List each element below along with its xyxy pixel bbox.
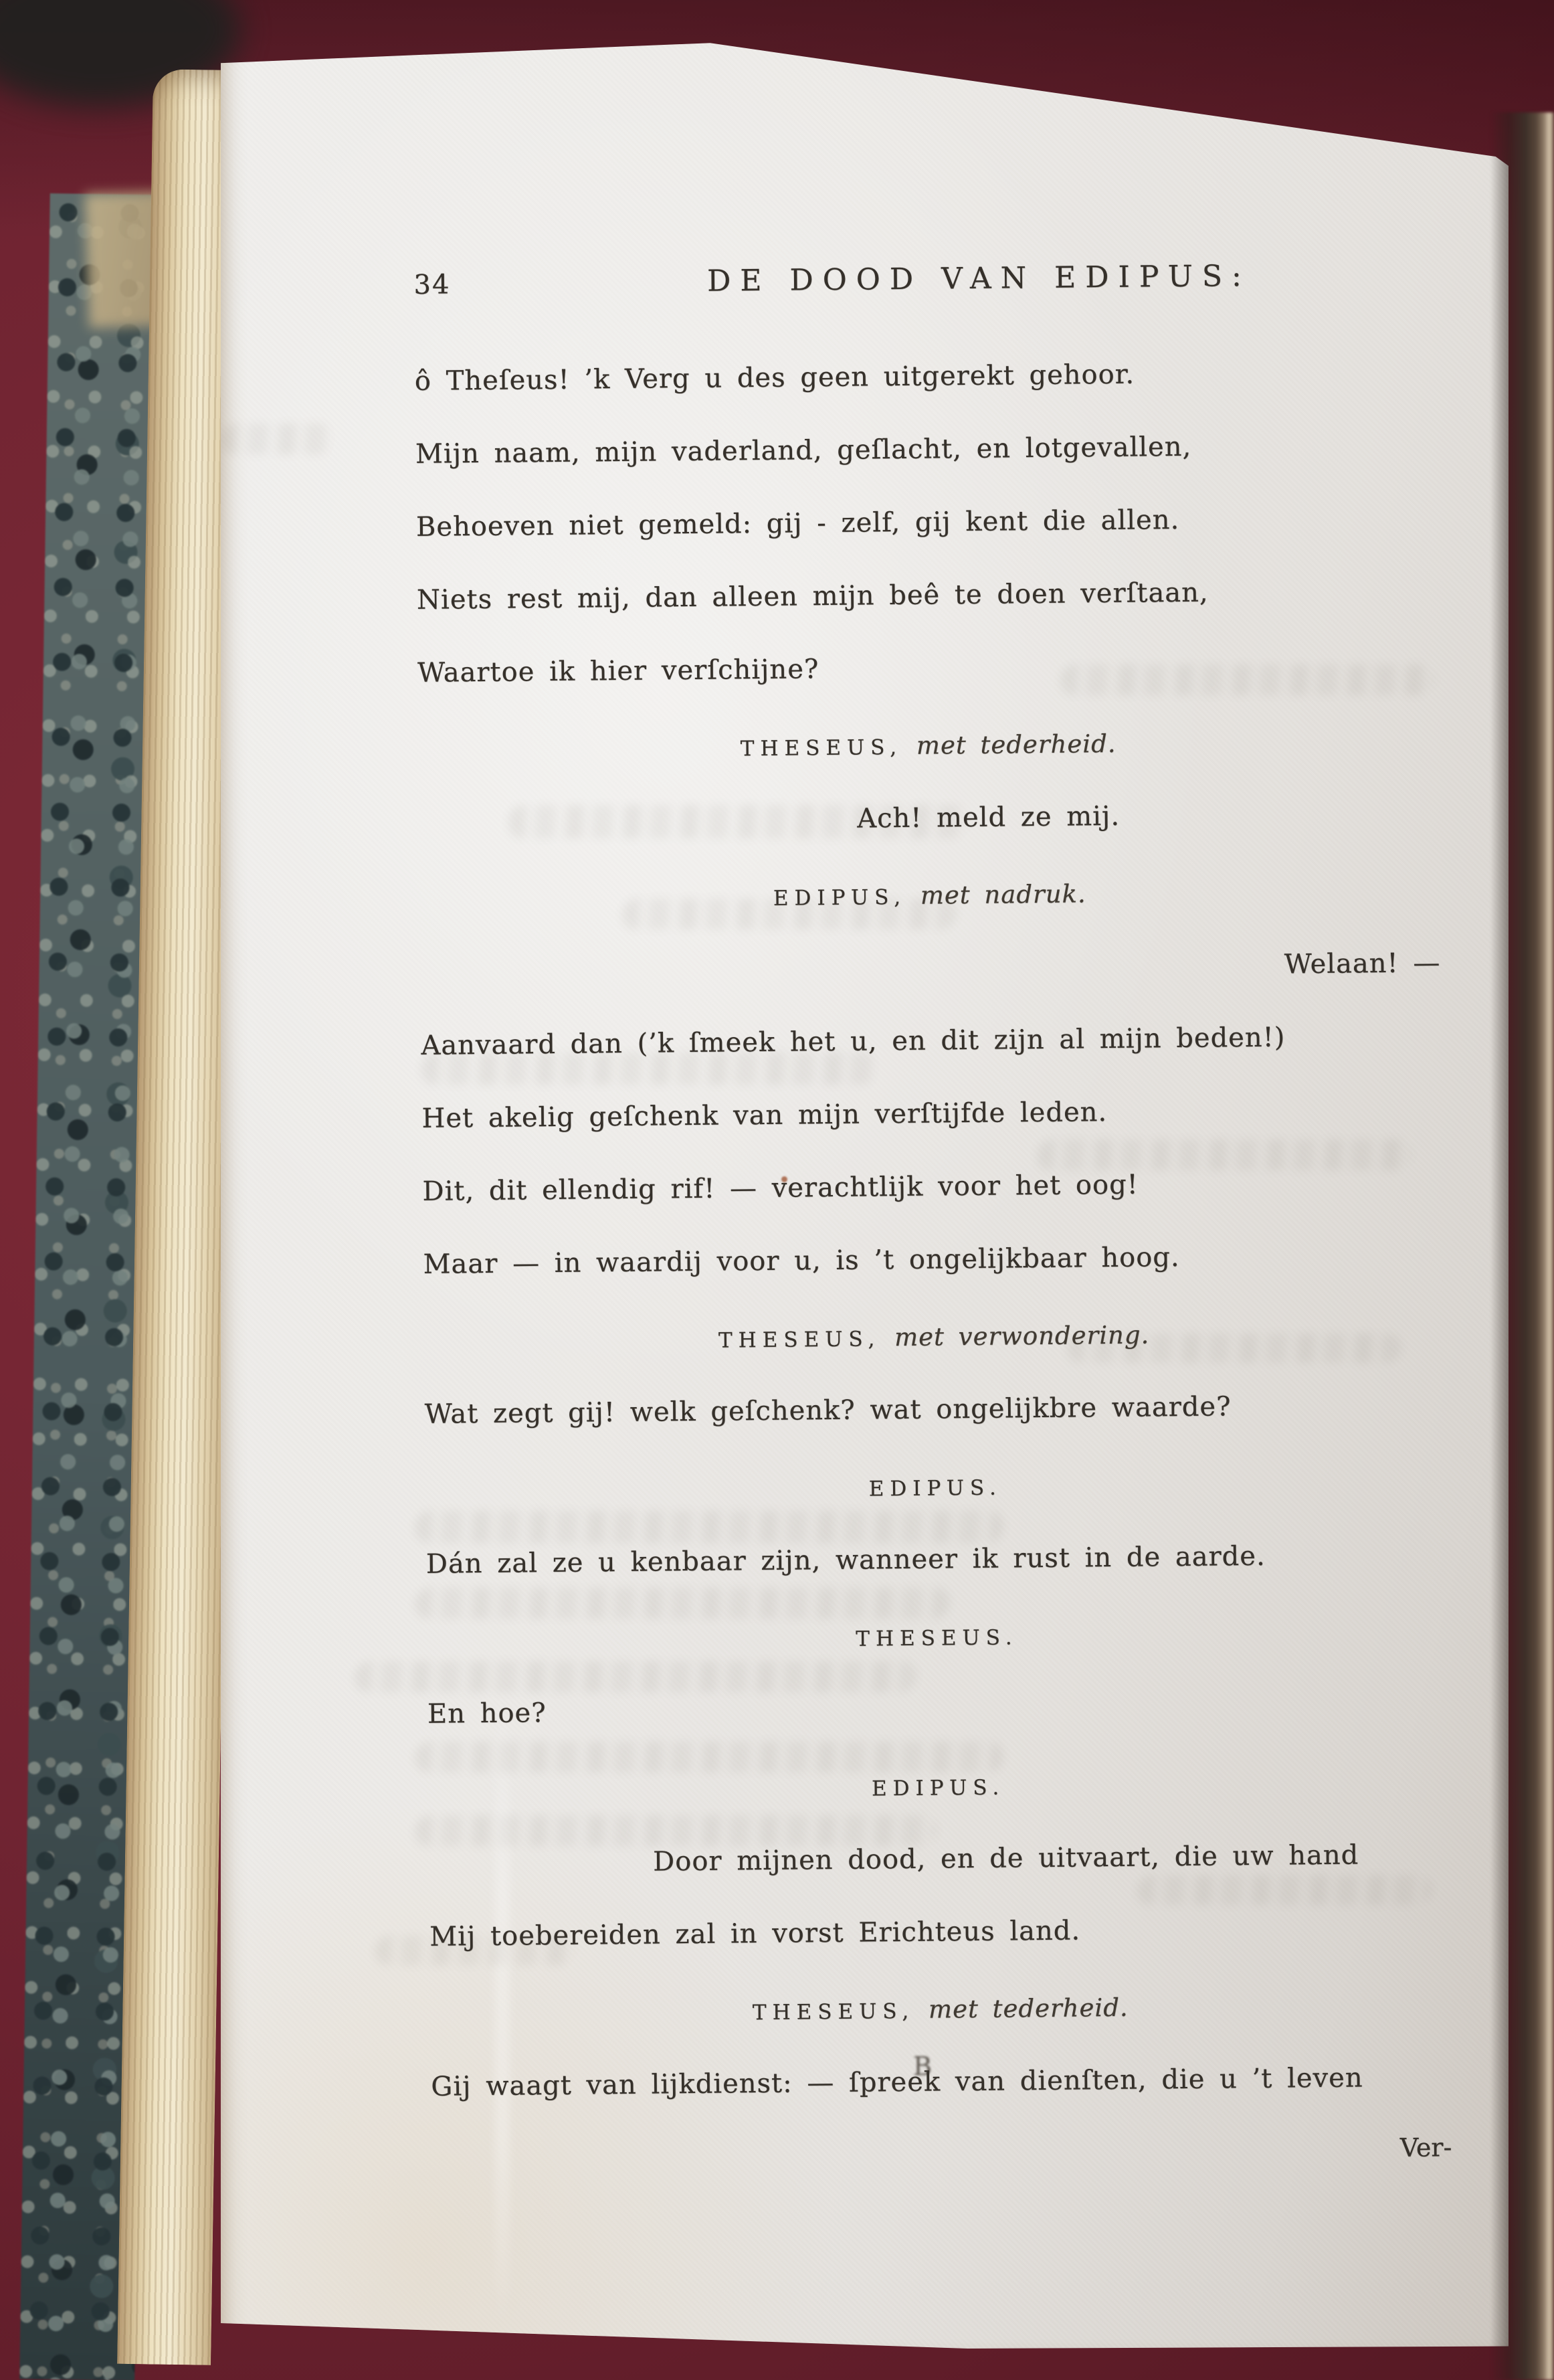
verse-line: Mijn naam, mijn vaderland, geſlacht, en … xyxy=(415,427,1436,510)
verse-line: Niets rest mij, dan alleen mijn beê te d… xyxy=(417,573,1438,656)
stage-direction-line: EDIPUS. xyxy=(425,1460,1446,1547)
stage-direction-line: THESEUS, met tederheid. xyxy=(430,1983,1451,2070)
gutter-shadow xyxy=(1490,112,1554,2380)
character-name: THESEUS. xyxy=(856,1625,1018,1651)
verse-line: Wat zegt gij! welk geſchenk? wat ongelij… xyxy=(424,1387,1445,1470)
verse-line: En hoe? xyxy=(427,1687,1448,1770)
page-number: 34 xyxy=(413,269,450,300)
verse-line: Behoeven niet gemeld: gij - zelf, gij ke… xyxy=(416,500,1437,583)
stage-note: met tederheid. xyxy=(914,1993,1129,2024)
stage-direction-line: THESEUS, met tederheid. xyxy=(418,719,1439,806)
book-page: B 34 DE DOOD VAN EDIPUS: ô Theſeus! ’k V… xyxy=(221,39,1509,2349)
verse-line: Waartoe ik hier verſchijne? xyxy=(417,646,1438,729)
character-name: EDIPUS, xyxy=(773,885,906,911)
verse-line: Dán zal ze u kenbaar zijn, wanneer ik ru… xyxy=(426,1537,1447,1620)
character-name: THESEUS, xyxy=(718,1327,881,1352)
verse-line: Gij waagt van lijkdienst: — ſpreek van d… xyxy=(431,2059,1452,2142)
stage-note: met nadruk. xyxy=(906,879,1086,910)
verse-line: ô Theſeus! ’k Verg u des geen uitgerekt … xyxy=(415,354,1436,437)
page-title: DE DOOD VAN EDIPUS: xyxy=(487,257,1471,300)
stage-note: met verwondering. xyxy=(880,1320,1149,1352)
verse-line: Dit, dit ellendig rif! — verachtlijk voo… xyxy=(422,1164,1443,1247)
catchword: Ver- xyxy=(431,2132,1452,2223)
verse-line: Maar — in waardij voor u, is ’t ongelijk… xyxy=(423,1237,1444,1320)
verse-line: Ach! meld ze mij. xyxy=(419,796,1440,879)
stage-direction-line: THESEUS. xyxy=(427,1610,1448,1697)
stage-note: met tederheid. xyxy=(902,729,1116,760)
text-block: 34 DE DOOD VAN EDIPUS: ô Theſeus! ’k Ver… xyxy=(221,29,1529,2224)
verse-line: Het akelig geſchenk van mijn verſtijfde … xyxy=(421,1091,1442,1174)
stage-direction-line: THESEUS, met verwondering. xyxy=(423,1310,1444,1397)
dialogue-lines: ô Theſeus! ’k Verg u des geen uitgerekt … xyxy=(415,354,1452,2142)
verse-line: Aanvaard dan (’k ſmeek het u, en dit zij… xyxy=(421,1018,1442,1101)
verse-line: Door mijnen dood, en de uitvaart, die uw… xyxy=(429,1837,1450,1920)
character-name: EDIPUS. xyxy=(869,1476,1002,1501)
verse-line: Welaan! — xyxy=(420,945,1441,1028)
character-name: THESEUS, xyxy=(741,735,903,761)
verse-line: Mij toebereiden zal in vorst Erichteus l… xyxy=(429,1910,1450,1993)
running-header: 34 DE DOOD VAN EDIPUS: xyxy=(413,257,1434,364)
character-name: EDIPUS. xyxy=(872,1776,1005,1801)
stage-direction-line: EDIPUS. xyxy=(428,1760,1449,1847)
stage-direction-line: EDIPUS, met nadruk. xyxy=(419,868,1440,955)
character-name: THESEUS, xyxy=(753,1999,915,2025)
